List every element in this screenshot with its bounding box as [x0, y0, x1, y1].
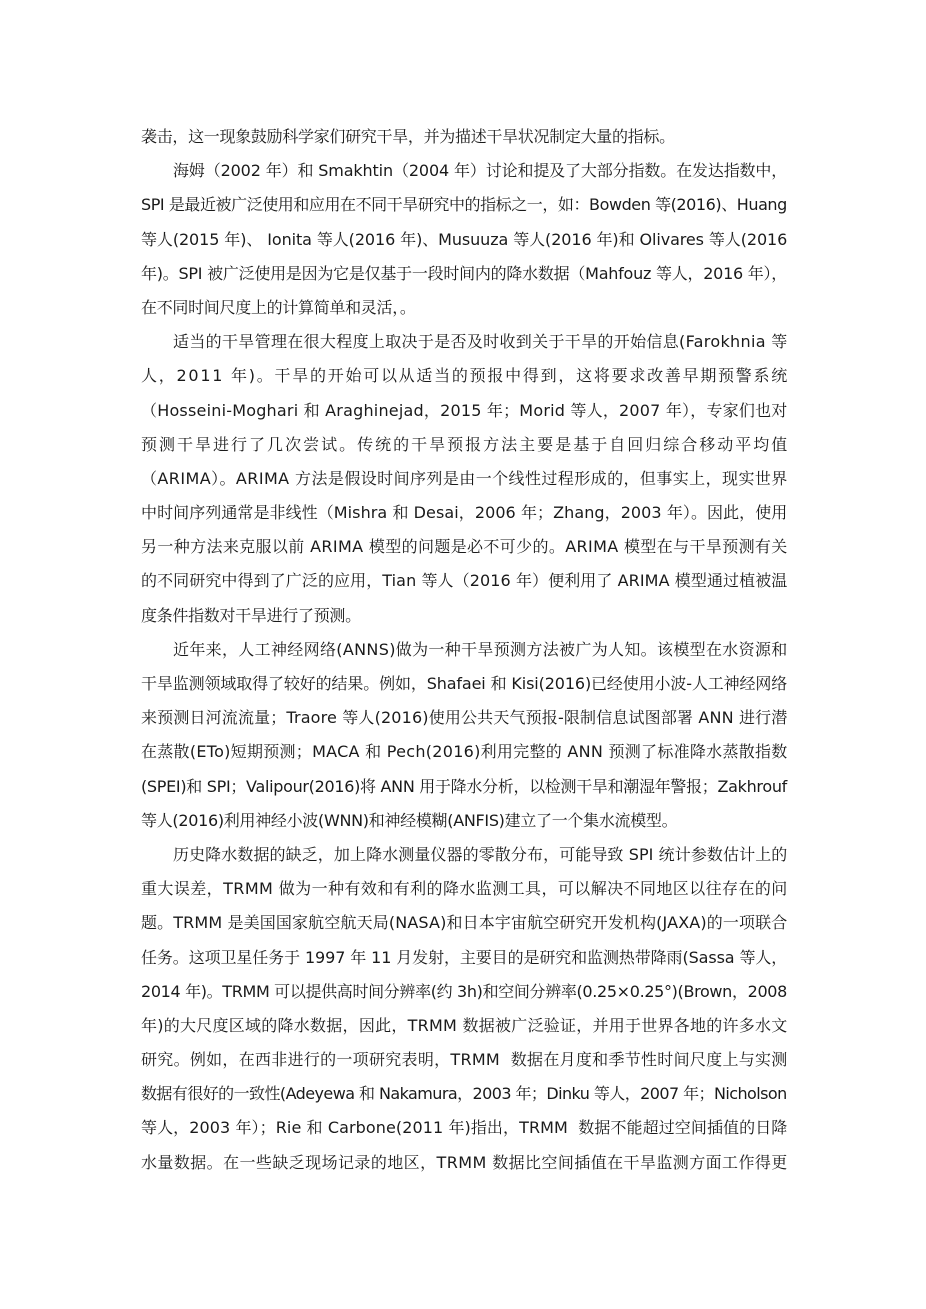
text-line: 等人(2016)利用神经小波(WNN)和神经模糊(ANFIS)建立了一个集水流模… — [141, 804, 787, 838]
text-line-content: 的不同研究中得到了广泛的应用，Tian 等人（2016 年）便利用了 ARIMA… — [141, 564, 787, 598]
text-line: 任务。这项卫星任务于 1997 年 11 月发射，主要目的是研究和监测热带降雨(… — [141, 941, 787, 975]
text-line-content: SPI 是最近被广泛使用和应用在不同干旱研究中的指标之一，如：Bowden 等(… — [141, 188, 787, 222]
text-line: 度条件指数对干旱进行了预测。 — [141, 599, 787, 633]
text-line-content: 来预测日河流流量；Traore 等人(2016)使用公共天气预报-限制信息试图部… — [141, 701, 787, 735]
text-line-content: (SPEI)和 SPI；Valipour(2016)将 ANN 用于降水分析，以… — [141, 770, 787, 804]
text-line: 人，2011 年)。干旱的开始可以从适当的预报中得到，这将要求改善早期预警系统 — [141, 359, 787, 393]
text-line: 重大误差，TRMM 做为一种有效和有利的降水监测工具，可以解决不同地区以往存在的… — [141, 872, 787, 906]
text-line-content: 等人(2016)利用神经小波(WNN)和神经模糊(ANFIS)建立了一个集水流模… — [141, 804, 677, 838]
text-line: （Hosseini-Moghari 和 Araghinejad，2015 年；M… — [141, 394, 787, 428]
text-line: SPI 是最近被广泛使用和应用在不同干旱研究中的指标之一，如：Bowden 等(… — [141, 188, 787, 222]
text-line: 在不同时间尺度上的计算简单和灵活，。 — [141, 291, 787, 325]
document-body: 袭击，这一现象鼓励科学家们研究干旱，并为描述干旱状况制定大量的指标。海姆（200… — [141, 120, 787, 1180]
text-line-content: 人，2011 年)。干旱的开始可以从适当的预报中得到，这将要求改善早期预警系统 — [141, 359, 789, 393]
text-line-content: 在不同时间尺度上的计算简单和灵活，。 — [141, 291, 416, 325]
text-line-content: 题。TRMM 是美国国家航空航天局(NASA)和日本宇宙航空研究开发机构(JAX… — [141, 906, 787, 940]
text-line-content: 近年来，人工神经网络(ANNS)做为一种干旱预测方法被广为人知。该模型在水资源和 — [173, 633, 788, 667]
text-line-content: （ARIMA）。ARIMA 方法是假设时间序列是由一个线性过程形成的，但事实上，… — [141, 462, 788, 496]
text-line-content: 干旱监测领域取得了较好的结果。例如，Shafaei 和 Kisi(2016)已经… — [141, 667, 787, 701]
text-line-content: 另一种方法来克服以前 ARIMA 模型的问题是必不可少的。ARIMA 模型在与干… — [141, 530, 788, 564]
text-line-content: 研究。例如，在西非进行的一项研究表明，TRMM 数据在月度和季节性时间尺度上与实… — [141, 1043, 788, 1077]
text-line: 题。TRMM 是美国国家航空航天局(NASA)和日本宇宙航空研究开发机构(JAX… — [141, 906, 787, 940]
text-line-content: 2014 年)。TRMM 可以提供高时间分辨率(约 3h)和空间分辨率(0.25… — [141, 975, 787, 1009]
text-line: 历史降水数据的缺乏，加上降水测量仪器的零散分布，可能导致 SPI 统计参数估计上… — [141, 838, 787, 872]
text-line: 预测干旱进行了几次尝试。传统的干旱预报方法主要是基于自回归综合移动平均值 — [141, 428, 787, 462]
text-line: (SPEI)和 SPI；Valipour(2016)将 ANN 用于降水分析，以… — [141, 770, 787, 804]
text-line: 来预测日河流流量；Traore 等人(2016)使用公共天气预报-限制信息试图部… — [141, 701, 787, 735]
text-line: 年)。SPI 被广泛使用是因为它是仅基于一段时间内的降水数据（Mahfouz 等… — [141, 257, 787, 291]
text-line-content: 年)的大尺度区域的降水数据，因此，TRMM 数据被广泛验证，并用于世界各地的许多… — [141, 1009, 788, 1043]
text-line-content: 适当的干旱管理在很大程度上取决于是否及时收到关于干旱的开始信息(Farokhni… — [173, 325, 788, 359]
text-line: 海姆（2002 年）和 Smakhtin（2004 年）讨论和提及了大部分指数。… — [141, 154, 787, 188]
text-line: 另一种方法来克服以前 ARIMA 模型的问题是必不可少的。ARIMA 模型在与干… — [141, 530, 787, 564]
text-line: 袭击，这一现象鼓励科学家们研究干旱，并为描述干旱状况制定大量的指标。 — [141, 120, 787, 154]
text-line: 干旱监测领域取得了较好的结果。例如，Shafaei 和 Kisi(2016)已经… — [141, 667, 787, 701]
text-line-content: 年)。SPI 被广泛使用是因为它是仅基于一段时间内的降水数据（Mahfouz 等… — [141, 257, 787, 291]
text-line-content: 历史降水数据的缺乏，加上降水测量仪器的零散分布，可能导致 SPI 统计参数估计上… — [173, 838, 787, 872]
text-line-content: 度条件指数对干旱进行了预测。 — [141, 599, 361, 633]
text-line-content: 预测干旱进行了几次尝试。传统的干旱预报方法主要是基于自回归综合移动平均值 — [141, 428, 789, 462]
text-line: 适当的干旱管理在很大程度上取决于是否及时收到关于干旱的开始信息(Farokhni… — [141, 325, 787, 359]
text-line-content: 中时间序列通常是非线性（Mishra 和 Desai，2006 年；Zhang，… — [141, 496, 787, 530]
text-line: 的不同研究中得到了广泛的应用，Tian 等人（2016 年）便利用了 ARIMA… — [141, 564, 787, 598]
text-line-content: 海姆（2002 年）和 Smakhtin（2004 年）讨论和提及了大部分指数。… — [173, 154, 787, 188]
text-line: 等人(2015 年)、 Ionita 等人(2016 年)、Musuuza 等人… — [141, 223, 787, 257]
text-line: 研究。例如，在西非进行的一项研究表明，TRMM 数据在月度和季节性时间尺度上与实… — [141, 1043, 787, 1077]
text-line-content: （Hosseini-Moghari 和 Araghinejad，2015 年；M… — [141, 394, 788, 428]
text-line-content: 等人，2003 年）；Rie 和 Carbone(2011 年)指出，TRMM … — [141, 1111, 787, 1145]
text-line-content: 等人(2015 年)、 Ionita 等人(2016 年)、Musuuza 等人… — [141, 223, 787, 257]
text-line-content: 任务。这项卫星任务于 1997 年 11 月发射，主要目的是研究和监测热带降雨(… — [141, 941, 787, 975]
text-line-content: 在蒸散(ETo)短期预测；MACA 和 Pech(2016)利用完整的 ANN … — [141, 735, 788, 769]
text-line: 2014 年)。TRMM 可以提供高时间分辨率(约 3h)和空间分辨率(0.25… — [141, 975, 787, 1009]
text-line: 等人，2003 年）；Rie 和 Carbone(2011 年)指出，TRMM … — [141, 1111, 787, 1145]
text-line-content: 数据有很好的一致性(Adeyewa 和 Nakamura，2003 年；Dink… — [141, 1077, 787, 1111]
text-line-content: 袭击，这一现象鼓励科学家们研究干旱，并为描述干旱状况制定大量的指标。 — [141, 120, 675, 154]
text-line: （ARIMA）。ARIMA 方法是假设时间序列是由一个线性过程形成的，但事实上，… — [141, 462, 787, 496]
text-line-content: 重大误差，TRMM 做为一种有效和有利的降水监测工具，可以解决不同地区以往存在的… — [141, 872, 788, 906]
text-line: 数据有很好的一致性(Adeyewa 和 Nakamura，2003 年；Dink… — [141, 1077, 787, 1111]
text-line: 近年来，人工神经网络(ANNS)做为一种干旱预测方法被广为人知。该模型在水资源和 — [141, 633, 787, 667]
text-line: 中时间序列通常是非线性（Mishra 和 Desai，2006 年；Zhang，… — [141, 496, 787, 530]
text-line-content: 水量数据。在一些缺乏现场记录的地区，TRMM 数据比空间插值在干旱监测方面工作得… — [141, 1146, 788, 1180]
text-line: 在蒸散(ETo)短期预测；MACA 和 Pech(2016)利用完整的 ANN … — [141, 735, 787, 769]
text-line: 水量数据。在一些缺乏现场记录的地区，TRMM 数据比空间插值在干旱监测方面工作得… — [141, 1146, 787, 1180]
text-line: 年)的大尺度区域的降水数据，因此，TRMM 数据被广泛验证，并用于世界各地的许多… — [141, 1009, 787, 1043]
